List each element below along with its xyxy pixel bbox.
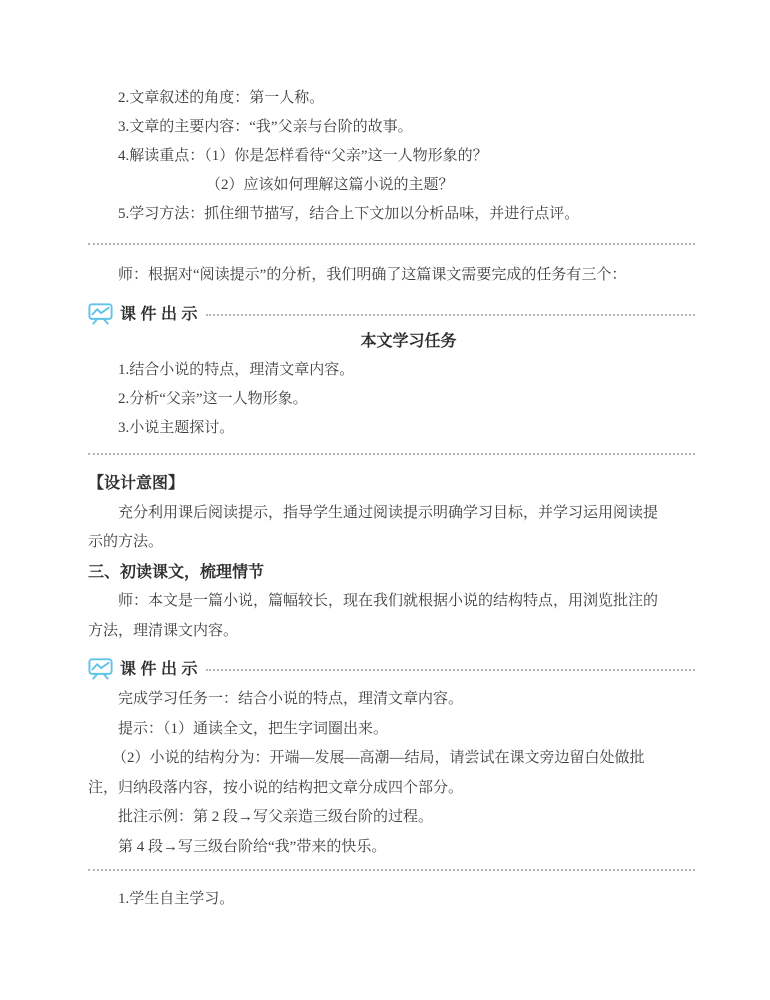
section-divider [88, 453, 695, 455]
task-item: 1.结合小说的特点，理清文章内容。 [88, 356, 695, 385]
section-three-heading: 三、初读课文，梳理情节 [88, 558, 695, 588]
presentation-chart-icon [88, 303, 113, 325]
courseware-line: 完成学习任务一：结合小说的特点，理清文章内容。 [88, 685, 695, 715]
hint-sub-item: （2）应该如何理解这篇小说的主题？ [88, 171, 695, 200]
teacher-dialogue: 师：根据对“阅读提示”的分析，我们明确了这篇课文需要完成的任务有三个： [88, 261, 695, 290]
teacher-dialogue: 师：本文是一篇小说，篇幅较长，现在我们就根据小说的结构特点，用浏览批注的 方法，… [88, 587, 695, 646]
design-intent-body: 充分利用课后阅读提示，指导学生通过阅读提示明确学习目标，并学习运用阅读提 示的方… [88, 499, 695, 558]
courseware-line: 第 4 段→写三级台阶给“我”带来的快乐。 [88, 833, 695, 863]
task-item: 3.小说主题探讨。 [88, 414, 695, 443]
courseware-header: 课件出示 [88, 653, 695, 682]
tasks-list: 1.结合小说的特点，理清文章内容。 2.分析“父亲”这一人物形象。 3.小说主题… [88, 356, 695, 443]
dotted-leader [206, 314, 695, 316]
courseware-line: （2）小说的结构分为：开端—发展—高潮—结局，请尝试在课文旁边留白处做批 注，归… [88, 744, 695, 803]
reading-hints-list: 2.文章叙述的角度：第一人称。 3.文章的主要内容：“我”父亲与台阶的故事。 4… [88, 84, 695, 229]
hint-item: 2.文章叙述的角度：第一人称。 [88, 84, 695, 113]
presentation-chart-icon [88, 658, 113, 680]
hint-item: 4.解读重点：（1）你是怎样看待“父亲”这一人物形象的？ [88, 142, 695, 171]
courseware-label: 课件出示 [120, 301, 202, 324]
section-divider [88, 243, 695, 245]
document-page: 2.文章叙述的角度：第一人称。 3.文章的主要内容：“我”父亲与台阶的故事。 4… [0, 0, 770, 1000]
courseware-header: 课件出示 [88, 298, 695, 327]
student-activity-item: 1.学生自主学习。 [88, 885, 695, 914]
section-divider [88, 869, 695, 871]
dotted-leader [206, 669, 695, 671]
courseware-line: 提示：（1）通读全文，把生字词圈出来。 [88, 715, 695, 745]
task-item: 2.分析“父亲”这一人物形象。 [88, 385, 695, 414]
courseware-line: 批注示例：第 2 段→写父亲造三级台阶的过程。 [88, 803, 695, 833]
tasks-title: 本文学习任务 [88, 327, 695, 356]
courseware-label: 课件出示 [120, 656, 202, 679]
courseware-content: 完成学习任务一：结合小说的特点，理清文章内容。 提示：（1）通读全文，把生字词圈… [88, 685, 695, 862]
design-intent-heading: 【设计意图】 [88, 469, 695, 499]
hint-item: 3.文章的主要内容：“我”父亲与台阶的故事。 [88, 113, 695, 142]
hint-item: 5.学习方法：抓住细节描写，结合上下文加以分析品味，并进行点评。 [88, 200, 695, 229]
